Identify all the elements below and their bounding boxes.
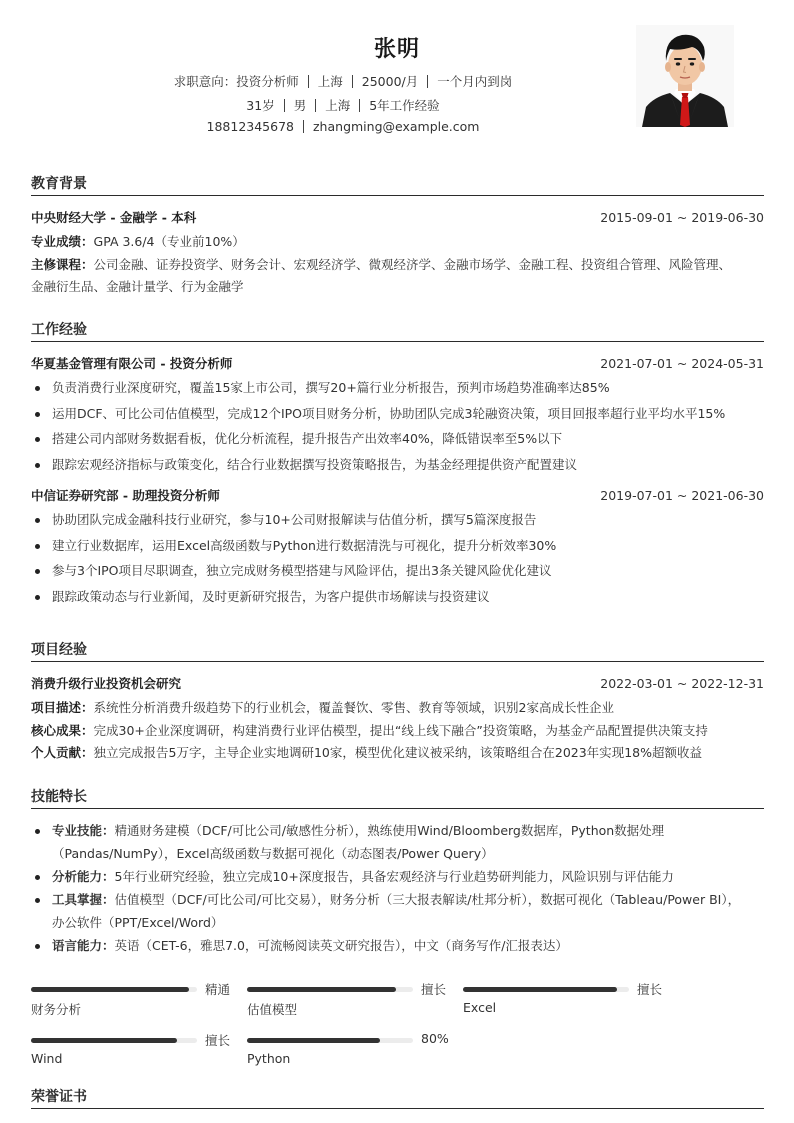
skill-item-tools: 工具掌握：估值模型（DCF/可比公司/可比交易），财务分析（三大报表解读/杜邦分… [31, 888, 764, 934]
contrib-value: 独立完成报告5万字，主导企业实地调研10家，模型优化建议被采纳，该策略组合在20… [94, 745, 702, 760]
desc-label: 项目描述： [31, 700, 94, 715]
separator [315, 99, 316, 112]
project-date: 2022-03-01 ~ 2022-12-31 [600, 674, 764, 694]
resume-page: 张明 求职意向：投资分析师上海25000/月一个月内到岗 31岁男上海5年工作经… [0, 0, 794, 1123]
section-title-work: 工作经验 [31, 320, 764, 342]
result-value: 完成30+企业深度调研，构建消费行业评估模型，提出“线上线下融合”投资策略，为基… [94, 723, 708, 738]
skill-bar: 擅长 Excel [463, 982, 663, 1022]
project-section: 项目经验 消费升级行业投资机会研究 2022-03-01 ~ 2022-12-3… [31, 640, 764, 765]
job-date: 2019-07-01 ~ 2021-06-30 [600, 486, 764, 506]
section-title-project: 项目经验 [31, 640, 764, 662]
desc-value: 系统性分析消费升级趋势下的行业机会，覆盖餐饮、零售、教育等领域，识别2家高成长性… [94, 700, 614, 715]
project-name: 消费升级行业投资机会研究 [31, 676, 181, 691]
separator [359, 99, 360, 112]
job-bullets: 协助团队完成金融科技行业研究，参与10+公司财报解读与估值分析，撰写5篇深度报告… [31, 507, 764, 609]
honors-section: 荣誉证书 [31, 1087, 764, 1109]
job-title: 中信证券研究部 - 助理投资分析师 [31, 488, 220, 503]
work-section: 工作经验 华夏基金管理有限公司 - 投资分析师 2021-07-01 ~ 202… [31, 320, 764, 609]
job-date: 2021-07-01 ~ 2024-05-31 [600, 354, 764, 374]
skill-bar-track [247, 987, 413, 992]
skill-level: 擅长 [421, 980, 446, 998]
courses-label: 主修课程： [31, 257, 94, 272]
section-title-education: 教育背景 [31, 174, 764, 196]
skill-name: 财务分析 [31, 1000, 81, 1018]
skill-label: 语言能力： [52, 938, 115, 953]
education-date: 2015-09-01 ~ 2019-06-30 [600, 208, 764, 228]
contact-line: 18812345678zhangming@example.com [0, 119, 686, 134]
section-title-skills: 技能特长 [31, 787, 764, 809]
list-item: 跟踪宏观经济指标与政策变化，结合行业数据撰写投资策略报告，为基金经理提供资产配置… [31, 452, 764, 478]
separator [284, 99, 285, 112]
age: 31岁 [246, 98, 274, 113]
contrib-label: 个人贡献： [31, 745, 94, 760]
job-header: 中信证券研究部 - 助理投资分析师 2019-07-01 ~ 2021-06-3… [31, 486, 764, 506]
skill-name: Wind [31, 1051, 62, 1066]
grade-label: 专业成绩： [31, 234, 94, 249]
skill-value: 英语（CET-6，雅思7.0，可流畅阅读英文研究报告），中文（商务写作/汇报表达… [115, 938, 568, 953]
skill-bar: 擅长 估值模型 [247, 982, 447, 1022]
skill-value: 估值模型（DCF/可比公司/可比交易），财务分析（三大报表解读/杜邦分析），数据… [115, 892, 741, 907]
school-degree: 中央财经大学 - 金融学 - 本科 [31, 210, 196, 225]
grade-line: 专业成绩：GPA 3.6/4（专业前10%） [31, 231, 764, 254]
avatar [636, 25, 734, 127]
avatar-portrait-icon [636, 25, 734, 127]
skill-level: 80% [421, 1031, 449, 1046]
skill-value-cont: 办公软件（PPT/Excel/Word） [52, 915, 223, 930]
experience-years: 5年工作经验 [369, 98, 439, 113]
courses-line: 主修课程：公司金融、证券投资学、财务会计、宏观经济学、微观经济学、金融市场学、金… [31, 254, 764, 277]
job-header: 华夏基金管理有限公司 - 投资分析师 2021-07-01 ~ 2024-05-… [31, 354, 764, 374]
list-item: 跟踪政策动态与行业新闻，及时更新研究报告，为客户提供市场解读与投资建议 [31, 584, 764, 610]
skill-item-analysis: 分析能力：5年行业研究经验，独立完成10+深度报告，具备宏观经济与行业趋势研判能… [31, 865, 764, 888]
skill-item-language: 语言能力：英语（CET-6，雅思7.0，可流畅阅读英文研究报告），中文（商务写作… [31, 934, 764, 957]
project-header: 消费升级行业投资机会研究 2022-03-01 ~ 2022-12-31 [31, 674, 764, 694]
skill-bar-track [247, 1038, 413, 1043]
job-bullets: 负责消费行业深度研究，覆盖15家上市公司，撰写20+篇行业分析报告，预判市场趋势… [31, 375, 764, 477]
skill-level: 精通 [205, 980, 230, 998]
skill-name: Excel [463, 1000, 496, 1015]
job-intent-line: 求职意向：投资分析师上海25000/月一个月内到岗 [0, 72, 686, 90]
result-label: 核心成果： [31, 723, 94, 738]
list-item: 协助团队完成金融科技行业研究，参与10+公司财报解读与估值分析，撰写5篇深度报告 [31, 507, 764, 533]
project-contribution: 个人贡献：独立完成报告5万字，主导企业实地调研10家，模型优化建议被采纳，该策略… [31, 742, 764, 765]
skill-bar-track [31, 1038, 197, 1043]
skill-label: 分析能力： [52, 869, 115, 884]
skill-label: 工具掌握： [52, 892, 115, 907]
skill-bar: 精通 财务分析 [31, 982, 231, 1022]
skill-value: 精通财务建模（DCF/可比公司/敏感性分析），熟练使用Wind/Bloomber… [115, 823, 665, 838]
skill-level: 擅长 [205, 1031, 230, 1049]
separator [427, 75, 428, 88]
skills-section: 技能特长 专业技能：精通财务建模（DCF/可比公司/敏感性分析），熟练使用Win… [31, 787, 764, 957]
intent-city: 上海 [318, 74, 343, 89]
courses-line-2: 金融衍生品、金融计量学、行为金融学 [31, 276, 764, 299]
skill-value: 5年行业研究经验，独立完成10+深度报告，具备宏观经济与行业趋势研判能力，风险识… [115, 869, 674, 884]
skills-list: 专业技能：精通财务建模（DCF/可比公司/敏感性分析），熟练使用Wind/Blo… [31, 819, 764, 957]
availability: 一个月内到岗 [437, 74, 512, 89]
skill-bar-track [31, 987, 197, 992]
grade-value: GPA 3.6/4（专业前10%） [94, 234, 245, 249]
phone[interactable]: 18812345678 [207, 119, 294, 134]
expected-salary: 25000/月 [362, 74, 418, 89]
project-description: 项目描述：系统性分析消费升级趋势下的行业机会，覆盖餐饮、零售、教育等领域，识别2… [31, 697, 764, 720]
list-item: 运用DCF、可比公司估值模型，完成12个IPO项目财务分析，协助团队完成3轮融资… [31, 401, 764, 427]
job-intent: 求职意向：投资分析师 [174, 74, 299, 89]
personal-info-line: 31岁男上海5年工作经验 [0, 96, 686, 114]
email[interactable]: zhangming@example.com [313, 119, 479, 134]
skill-bar-fill [247, 1038, 380, 1043]
skill-name: 估值模型 [247, 1000, 297, 1018]
skill-bar-fill [31, 1038, 177, 1043]
skill-bar-fill [31, 987, 189, 992]
job-title: 华夏基金管理有限公司 - 投资分析师 [31, 356, 232, 371]
list-item: 建立行业数据库，运用Excel高级函数与Python进行数据清洗与可视化，提升分… [31, 533, 764, 559]
list-item: 负责消费行业深度研究，覆盖15家上市公司，撰写20+篇行业分析报告，预判市场趋势… [31, 375, 764, 401]
skill-bar-fill [247, 987, 396, 992]
project-result: 核心成果：完成30+企业深度调研，构建消费行业评估模型，提出“线上线下融合”投资… [31, 720, 764, 743]
skill-bar-fill [463, 987, 617, 992]
location: 上海 [325, 98, 350, 113]
skill-item-professional: 专业技能：精通财务建模（DCF/可比公司/敏感性分析），熟练使用Wind/Blo… [31, 819, 764, 865]
section-title-honors: 荣誉证书 [31, 1087, 764, 1109]
separator [308, 75, 309, 88]
skill-name: Python [247, 1051, 290, 1066]
list-item: 参与3个IPO项目尽职调查，独立完成财务模型搭建与风险评估，提出3条关键风险优化… [31, 558, 764, 584]
skill-bar-track [463, 987, 629, 992]
separator [352, 75, 353, 88]
education-section: 教育背景 中央财经大学 - 金融学 - 本科 2015-09-01 ~ 2019… [31, 174, 764, 299]
separator [303, 120, 304, 133]
skill-level: 擅长 [637, 980, 662, 998]
list-item: 搭建公司内部财务数据看板，优化分析流程，提升报告产出效率40%，降低错误率至5%… [31, 426, 764, 452]
skill-label: 专业技能： [52, 823, 115, 838]
skill-bar: 80% Python [247, 1033, 447, 1073]
skill-bar: 擅长 Wind [31, 1033, 231, 1073]
gender: 男 [294, 98, 307, 113]
education-entry-header: 中央财经大学 - 金融学 - 本科 2015-09-01 ~ 2019-06-3… [31, 208, 764, 228]
skill-bars: 精通 财务分析 擅长 估值模型 擅长 Excel 擅长 Wind 80% Pyt… [31, 978, 764, 1073]
skill-value-cont: （Pandas/NumPy），Excel高级函数与数据可视化（动态图表/Powe… [52, 846, 494, 861]
courses-value: 公司金融、证券投资学、财务会计、宏观经济学、微观经济学、金融市场学、金融工程、投… [94, 257, 732, 272]
